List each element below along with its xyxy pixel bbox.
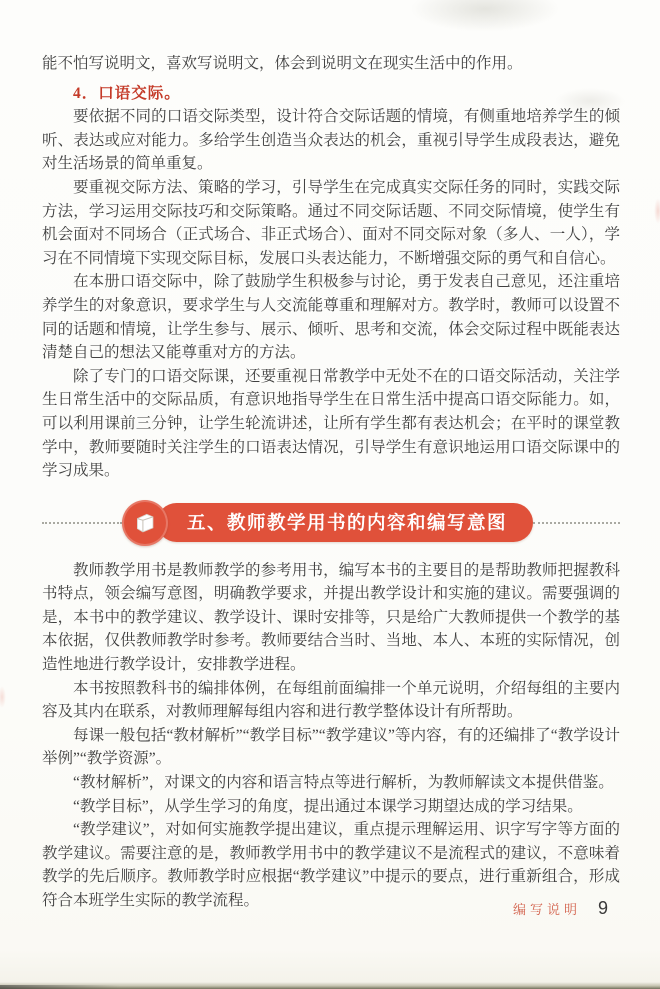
book-icon bbox=[122, 500, 168, 546]
paragraph: 每课一般包括“教材解析”“教学目标”“教学建议”等内容，有的还编排了“教学设计举… bbox=[42, 724, 620, 771]
scan-smudge-top bbox=[410, 0, 560, 32]
book-page: 能不怕写说明文，喜欢写说明文，体会到说明文在现实生活中的作用。 4．口语交际。 … bbox=[0, 0, 660, 989]
section-banner: 五、教师教学用书的内容和编写意图 bbox=[42, 500, 620, 546]
scan-mark-right bbox=[654, 198, 660, 224]
paragraph: 要依据不同的口语交际类型，设计符合交际话题的情境，有侧重地培养学生的倾听、表达或… bbox=[42, 105, 620, 176]
page-footer: 编写说明 9 bbox=[513, 898, 608, 919]
paragraph: 教师教学用书是教师教学的参考用书，编写本书的主要目的是帮助教师把握教科书特点，领… bbox=[42, 559, 620, 677]
scan-bottom-edge bbox=[0, 982, 660, 989]
section-paragraphs: 教师教学用书是教师教学的参考用书，编写本书的主要目的是帮助教师把握教科书特点，领… bbox=[42, 559, 620, 913]
heading-oral-communication: 4．口语交际。 bbox=[42, 82, 620, 106]
paragraph: “教学目标”，从学生学习的角度，提出通过本课学习期望达成的学习结果。 bbox=[42, 795, 620, 819]
section-banner-title: 五、教师教学用书的内容和编写意图 bbox=[157, 503, 533, 542]
banner-dotted-line-left bbox=[42, 522, 122, 524]
banner-dotted-line-right bbox=[533, 522, 620, 524]
paragraph-continuation: 能不怕写说明文，喜欢写说明文，体会到说明文在现实生活中的作用。 bbox=[42, 52, 620, 76]
paragraph: 在本册口语交际中，除了鼓励学生积极参与讨论，勇于发表自己意见，还注重培养学生的对… bbox=[42, 270, 620, 364]
page-content: 能不怕写说明文，喜欢写说明文，体会到说明文在现实生活中的作用。 4．口语交际。 … bbox=[42, 52, 620, 913]
footer-section-label: 编写说明 bbox=[513, 899, 581, 918]
scan-mark-left bbox=[0, 686, 6, 708]
paragraph: 除了专门的口语交际课，还要重视日常教学中无处不在的口语交际活动，关注学生日常生活… bbox=[42, 365, 620, 483]
oral-communication-paragraphs: 要依据不同的口语交际类型，设计符合交际话题的情境，有侧重地培养学生的倾听、表达或… bbox=[42, 105, 620, 483]
paragraph: “教材解析”，对课文的内容和语言特点等进行解析，为教师解读文本提供借鉴。 bbox=[42, 771, 620, 795]
paragraph: 要重视交际方法、策略的学习，引导学生在完成真实交际任务的同时，实践交际方法，学习… bbox=[42, 176, 620, 270]
paragraph: 本书按照教科书的编排体例，在每组前面编排一个单元说明，介绍每组的主要内容及其内在… bbox=[42, 677, 620, 724]
page-number: 9 bbox=[598, 898, 608, 919]
